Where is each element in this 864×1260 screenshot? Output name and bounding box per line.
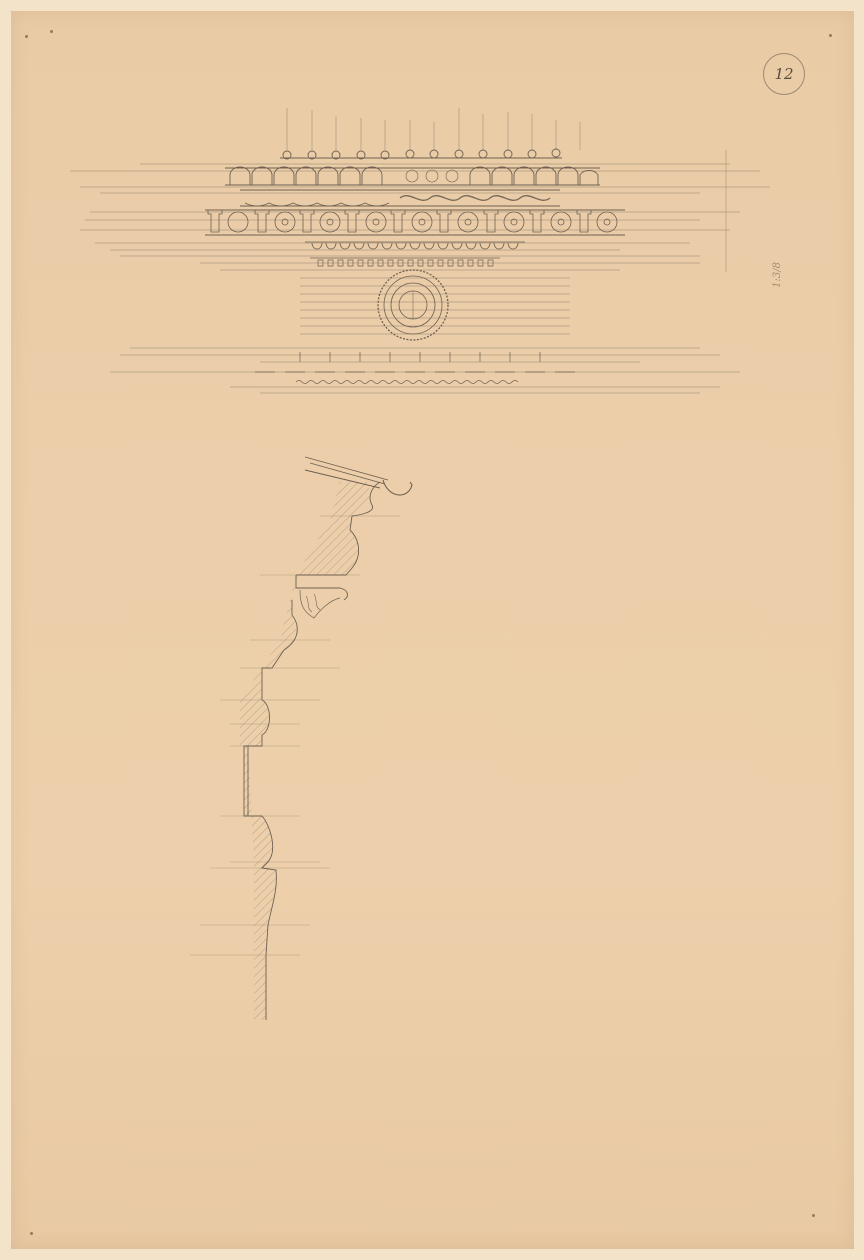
pin-mark (30, 1232, 33, 1235)
pin-mark (25, 35, 28, 38)
construction-lines (70, 108, 770, 393)
sheet-number-circle: 12 (763, 53, 805, 95)
pin-mark (812, 1214, 815, 1217)
pin-mark (829, 34, 832, 37)
scale-annotation: 1:3/8 (772, 262, 783, 288)
modillion-rosette-row (205, 210, 625, 235)
architectural-drawing (0, 0, 864, 1260)
rosettes (228, 212, 617, 232)
sheet-number: 12 (774, 65, 793, 83)
antefix-row (280, 149, 562, 159)
lower-molding-band (255, 352, 575, 384)
modillion-bracket (300, 590, 340, 618)
arcade-frieze (225, 167, 600, 185)
modillion-brackets (208, 210, 591, 232)
dentil-course (310, 258, 500, 266)
pin-mark (50, 30, 53, 33)
cornice-profile-section (190, 457, 412, 1020)
garland-band (240, 190, 560, 206)
gutter-profile (383, 480, 412, 495)
central-rosette (378, 270, 448, 340)
